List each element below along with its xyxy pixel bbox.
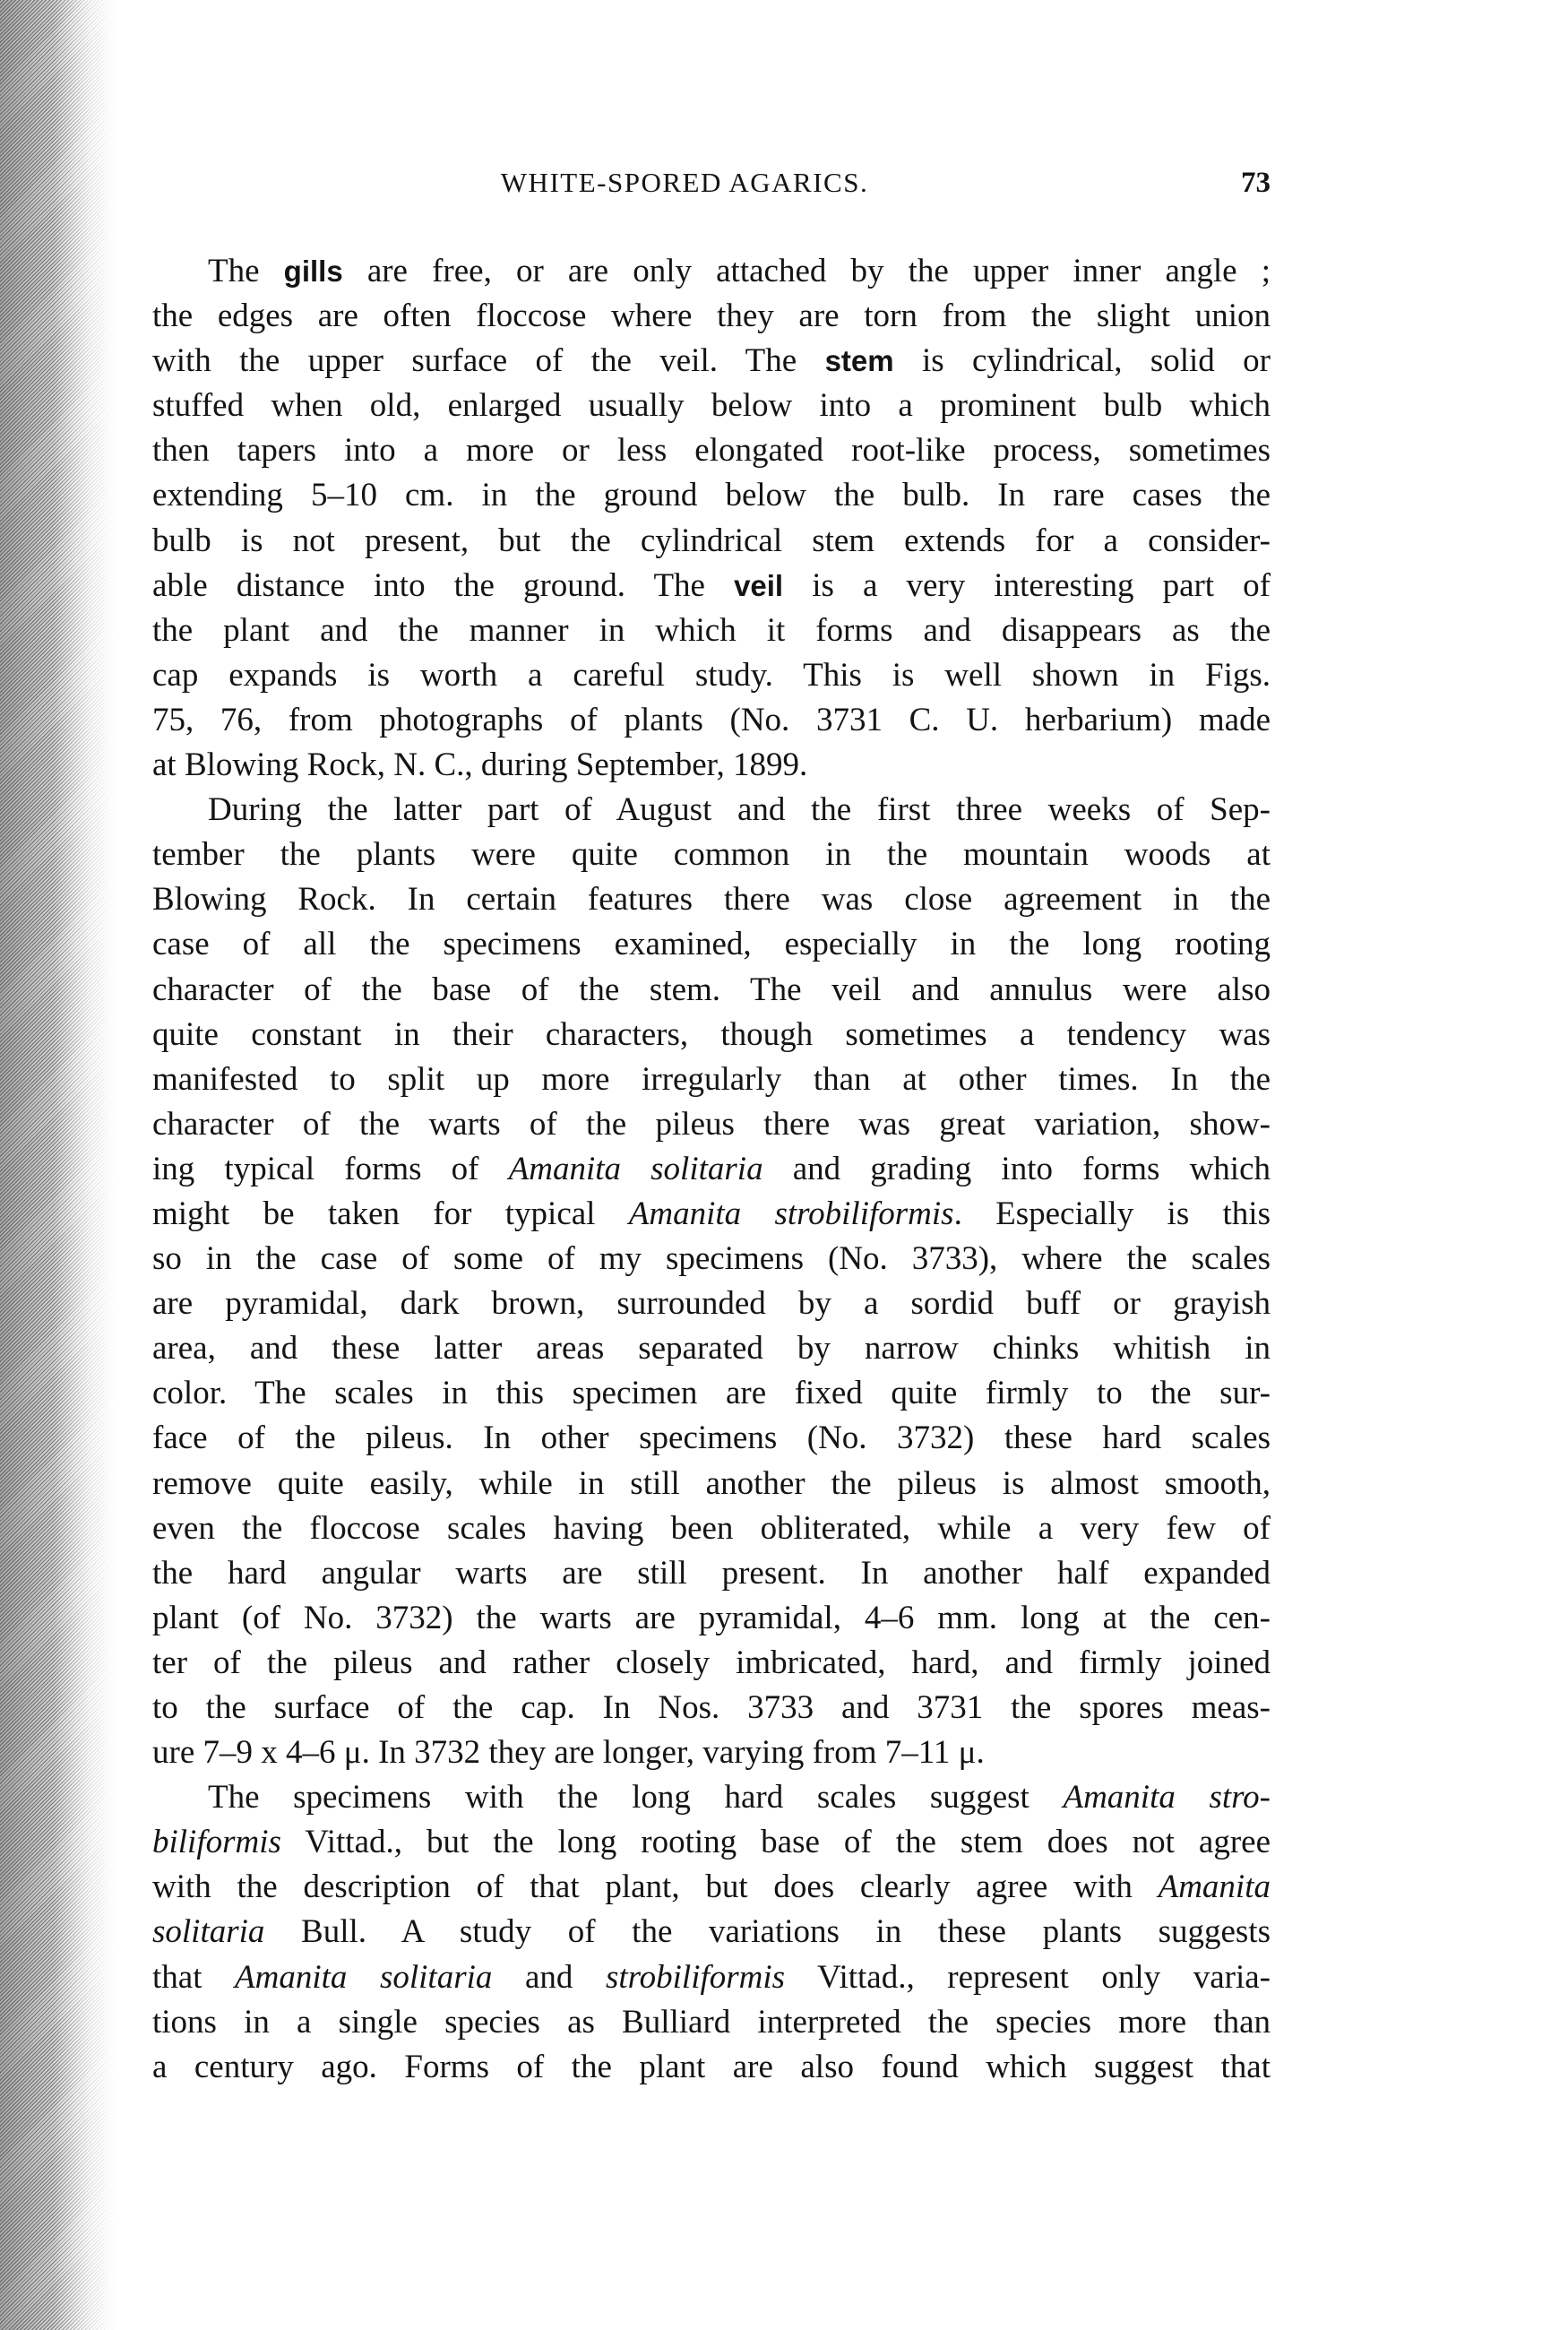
italic-species-name: Amanita strobiliformis [629, 1195, 954, 1232]
text-line: cap expands is worth a careful study. Th… [152, 653, 1271, 698]
text-line: manifested to split up more irregularly … [152, 1057, 1271, 1102]
text-line: at Blowing Rock, N. C., during September… [152, 743, 1271, 788]
text-run: with the description of that plant, but … [152, 1868, 1159, 1905]
text-line: face of the pileus. In other specimens (… [152, 1416, 1271, 1461]
italic-species-name: strobiliformis [606, 1959, 785, 1996]
running-head: WHITE-SPORED AGARICS. 73 [152, 167, 1271, 206]
text-line: During the latter part of August and the… [152, 788, 1271, 833]
text-run: manifested to split up more irregularly … [152, 1061, 1271, 1098]
bold-term: veil [734, 569, 783, 602]
text-run: with the upper surface of the veil. The [152, 342, 825, 379]
italic-species-name: Amanita stro- [1063, 1779, 1271, 1816]
text-run: then tapers into a more or less elongate… [152, 432, 1271, 469]
text-line: a century ago. Forms of the plant are al… [152, 2045, 1271, 2090]
text-run: are pyramidal, dark brown, surrounded by… [152, 1285, 1271, 1322]
text-run: cap expands is worth a careful study. Th… [152, 657, 1271, 694]
text-run: During the latter part of August and the… [208, 791, 1271, 828]
italic-species-name: biliformis [152, 1824, 281, 1860]
italic-species-name: solitaria [152, 1913, 264, 1950]
text-line: bulb is not present, but the cylindrical… [152, 519, 1271, 564]
text-run: 75, 76, from photographs of plants (No. … [152, 702, 1271, 738]
text-run: character of the base of the stem. The v… [152, 971, 1271, 1008]
text-run: character of the warts of the pileus the… [152, 1106, 1271, 1143]
text-run: is a very interesting part of [783, 567, 1271, 604]
text-run: tions in a single species as Bulliard in… [152, 2004, 1271, 2041]
text-line: The gills are free, or are only attached… [152, 249, 1271, 294]
text-line: quite constant in their characters, thou… [152, 1013, 1271, 1057]
text-line: tions in a single species as Bulliard in… [152, 2000, 1271, 2045]
text-line: are pyramidal, dark brown, surrounded by… [152, 1281, 1271, 1326]
italic-species-name: Amanita solitaria [509, 1151, 763, 1187]
text-line: even the floccose scales having been obl… [152, 1506, 1271, 1551]
text-run: tember the plants were quite common in t… [152, 836, 1271, 873]
text-run: the plant and the manner in which it for… [152, 612, 1271, 649]
text-run: The specimens with the long hard scales … [208, 1779, 1063, 1816]
text-run: so in the case of some of my specimens (… [152, 1240, 1271, 1277]
text-line: solitaria Bull. A study of the variation… [152, 1910, 1271, 1955]
text-line: might be taken for typical Amanita strob… [152, 1192, 1271, 1237]
scan-edge-shadow [0, 0, 116, 2330]
text-run: the hard angular warts are still present… [152, 1555, 1271, 1592]
text-line: the hard angular warts are still present… [152, 1551, 1271, 1596]
text-line: so in the case of some of my specimens (… [152, 1237, 1271, 1281]
running-title: WHITE-SPORED AGARICS. [152, 167, 1271, 199]
text-line: plant (of No. 3732) the warts are pyrami… [152, 1596, 1271, 1641]
text-line: that Amanita solitaria and strobiliformi… [152, 1955, 1271, 2000]
text-line: the edges are often floccose where they … [152, 294, 1271, 339]
text-run: Blowing Rock. In certain features there … [152, 881, 1271, 918]
text-run: Vittad., represent only varia- [785, 1959, 1271, 1996]
text-run: face of the pileus. In other specimens (… [152, 1420, 1271, 1456]
text-line: stuffed when old, enlarged usually below… [152, 384, 1271, 428]
text-run: the edges are often floccose where they … [152, 298, 1271, 334]
text-run: area, and these latter areas separated b… [152, 1330, 1271, 1367]
bold-term: stem [825, 344, 894, 377]
text-run: and grading into forms which [763, 1151, 1271, 1187]
text-line: to the surface of the cap. In Nos. 3733 … [152, 1686, 1271, 1730]
italic-species-name: Amanita solitaria [235, 1959, 492, 1996]
text-line: The specimens with the long hard scales … [152, 1775, 1271, 1820]
text-line: character of the warts of the pileus the… [152, 1102, 1271, 1147]
text-line: then tapers into a more or less elongate… [152, 428, 1271, 473]
text-line: the plant and the manner in which it for… [152, 608, 1271, 653]
text-run: ing typical forms of [152, 1151, 509, 1187]
text-line: area, and these latter areas separated b… [152, 1326, 1271, 1371]
text-line: 75, 76, from photographs of plants (No. … [152, 698, 1271, 743]
text-line: color. The scales in this specimen are f… [152, 1371, 1271, 1416]
text-run: is cylindrical, solid or [894, 342, 1271, 379]
body-text: The gills are free, or are only attached… [152, 249, 1271, 2090]
text-run: might be taken for typical [152, 1195, 629, 1232]
text-line: Blowing Rock. In certain features there … [152, 877, 1271, 922]
text-line: biliformis Vittad., but the long rooting… [152, 1820, 1271, 1865]
text-run: bulb is not present, but the cylindrical… [152, 522, 1271, 559]
text-line: able distance into the ground. The veil … [152, 564, 1271, 608]
text-run: remove quite easily, while in still anot… [152, 1465, 1271, 1502]
text-line: extending 5–10 cm. in the ground below t… [152, 473, 1271, 518]
text-run: able distance into the ground. The [152, 567, 734, 604]
text-line: character of the base of the stem. The v… [152, 968, 1271, 1013]
text-run: a century ago. Forms of the plant are al… [152, 2049, 1271, 2085]
text-line: with the upper surface of the veil. The … [152, 339, 1271, 384]
text-line: ing typical forms of Amanita solitaria a… [152, 1147, 1271, 1192]
bold-term: gills [284, 255, 343, 288]
text-line: tember the plants were quite common in t… [152, 833, 1271, 877]
text-run: color. The scales in this specimen are f… [152, 1375, 1271, 1411]
text-run: . Especially is this [954, 1195, 1271, 1232]
text-run: that [152, 1959, 235, 1996]
text-run: The [208, 253, 284, 289]
text-run: and [492, 1959, 606, 1996]
text-run: Vittad., but the long rooting base of th… [281, 1824, 1271, 1860]
text-line: with the description of that plant, but … [152, 1865, 1271, 1910]
text-line: ure 7–9 x 4–6 μ. In 3732 they are longer… [152, 1730, 1271, 1775]
text-run: case of all the specimens examined, espe… [152, 926, 1271, 962]
page-number: 73 [1241, 167, 1271, 200]
text-run: ter of the pileus and rather closely imb… [152, 1644, 1271, 1681]
text-line: case of all the specimens examined, espe… [152, 922, 1271, 967]
italic-species-name: Amanita [1159, 1868, 1271, 1905]
text-run: stuffed when old, enlarged usually below… [152, 387, 1271, 424]
text-line: ter of the pileus and rather closely imb… [152, 1641, 1271, 1686]
text-run: quite constant in their characters, thou… [152, 1016, 1271, 1053]
text-run: even the floccose scales having been obl… [152, 1510, 1271, 1547]
text-run: ure 7–9 x 4–6 μ. In 3732 they are longer… [152, 1734, 985, 1771]
text-run: plant (of No. 3732) the warts are pyrami… [152, 1600, 1271, 1636]
text-run: at Blowing Rock, N. C., during September… [152, 746, 807, 783]
text-run: are free, or are only attached by the up… [343, 253, 1271, 289]
text-run: extending 5–10 cm. in the ground below t… [152, 477, 1271, 513]
text-run: to the surface of the cap. In Nos. 3733 … [152, 1689, 1271, 1726]
text-line: remove quite easily, while in still anot… [152, 1462, 1271, 1506]
text-run: Bull. A study of the variations in these… [264, 1913, 1271, 1950]
